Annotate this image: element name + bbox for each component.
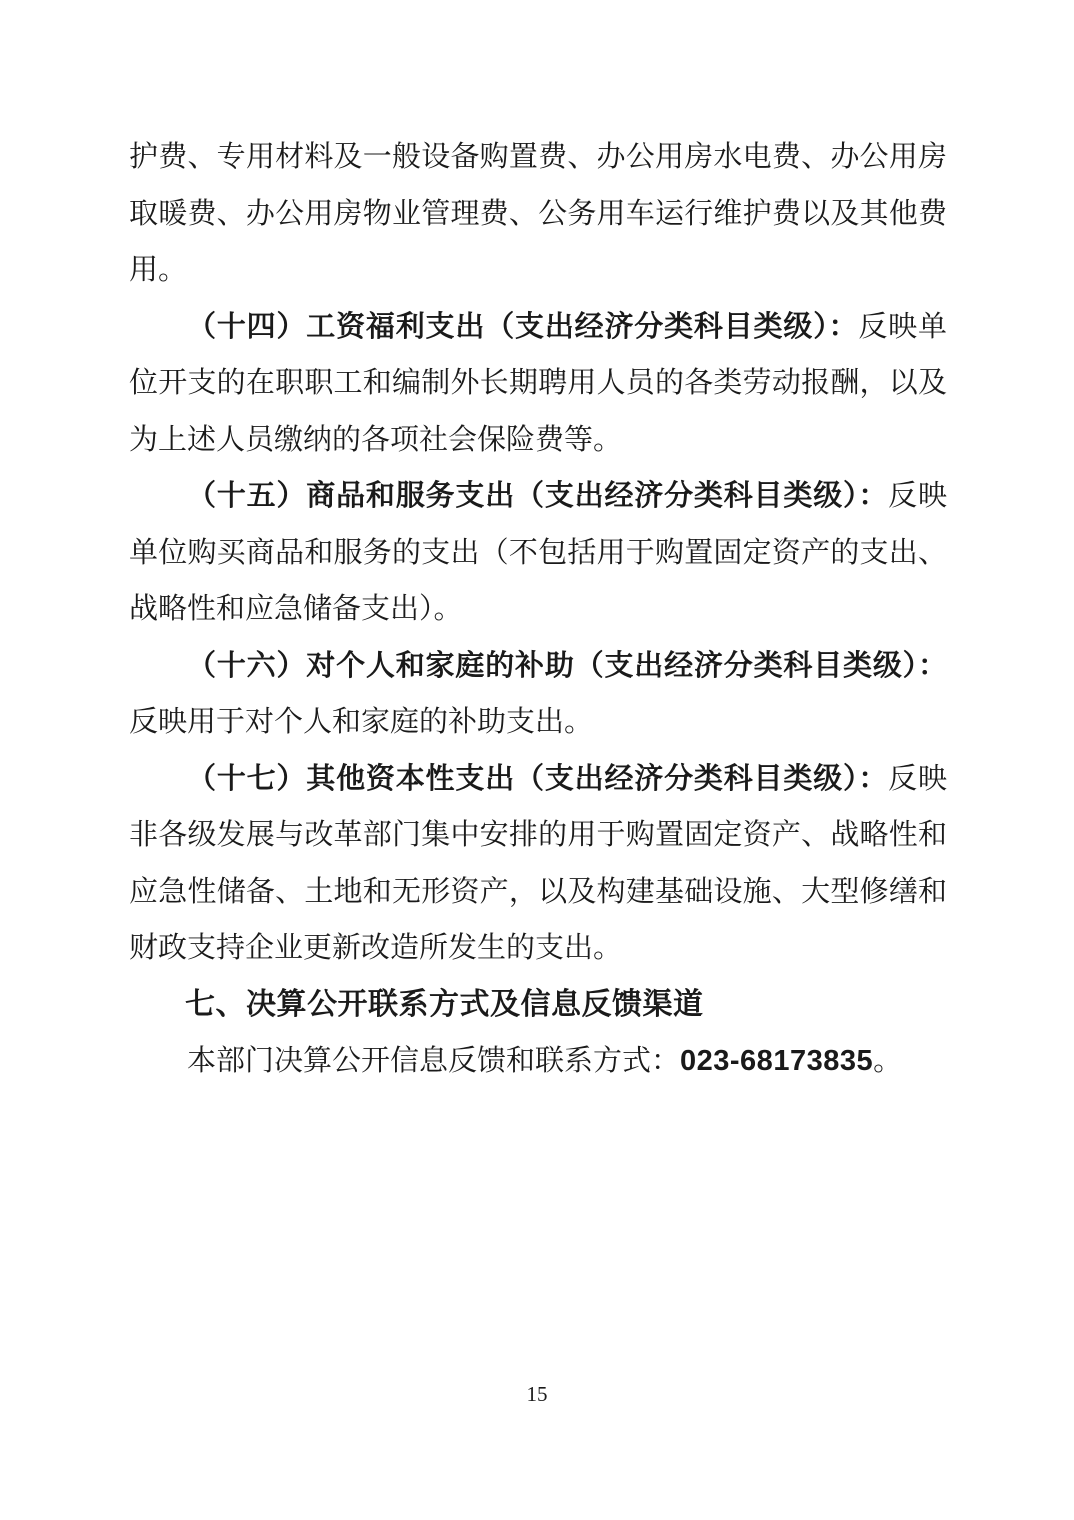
section-14-lead: （十四）工资福利支出（支出经济分类科目类级）： <box>187 311 858 343</box>
section-16-lead: （十六）对个人和家庭的补助（支出经济分类科目类级）： <box>187 650 947 682</box>
section-15-lead: （十五）商品和服务支出（支出经济分类科目类级）： <box>187 480 888 512</box>
contact-suffix: 。 <box>873 1045 902 1077</box>
paragraph-section-14: （十四）工资福利支出（支出经济分类科目类级）：反映单位开支的在职职工和编制外长期… <box>129 299 947 469</box>
section-16-body: 反映用于对个人和家庭的补助支出。 <box>129 706 593 738</box>
section-17-lead: （十七）其他资本性支出（支出经济分类科目类级）： <box>187 763 888 795</box>
contact-phone-number: 023-68173835 <box>680 1045 873 1077</box>
page-number: 15 <box>527 1382 548 1406</box>
page-footer: 15 <box>0 1382 1074 1407</box>
paragraph-section-17: （十七）其他资本性支出（支出经济分类科目类级）：反映非各级发展与改革部门集中安排… <box>129 751 947 977</box>
paragraph-section-15: （十五）商品和服务支出（支出经济分类科目类级）：反映单位购买商品和服务的支出（不… <box>129 468 947 638</box>
paragraph-contact: 本部门决算公开信息反馈和联系方式：023-68173835。 <box>129 1033 947 1090</box>
heading-section-7: 七、决算公开联系方式及信息反馈渠道 <box>129 977 947 1034</box>
paragraph-section-16: （十六）对个人和家庭的补助（支出经济分类科目类级）：反映用于对个人和家庭的补助支… <box>129 638 947 751</box>
page-content: 护费、专用材料及一般设备购置费、办公用房水电费、办公用房取暖费、办公用房物业管理… <box>129 129 947 1090</box>
contact-prefix: 本部门决算公开信息反馈和联系方式： <box>187 1045 680 1077</box>
paragraph-continuation: 护费、专用材料及一般设备购置费、办公用房水电费、办公用房取暖费、办公用房物业管理… <box>129 129 947 299</box>
document-page: 护费、专用材料及一般设备购置费、办公用房水电费、办公用房取暖费、办公用房物业管理… <box>0 0 1074 1520</box>
